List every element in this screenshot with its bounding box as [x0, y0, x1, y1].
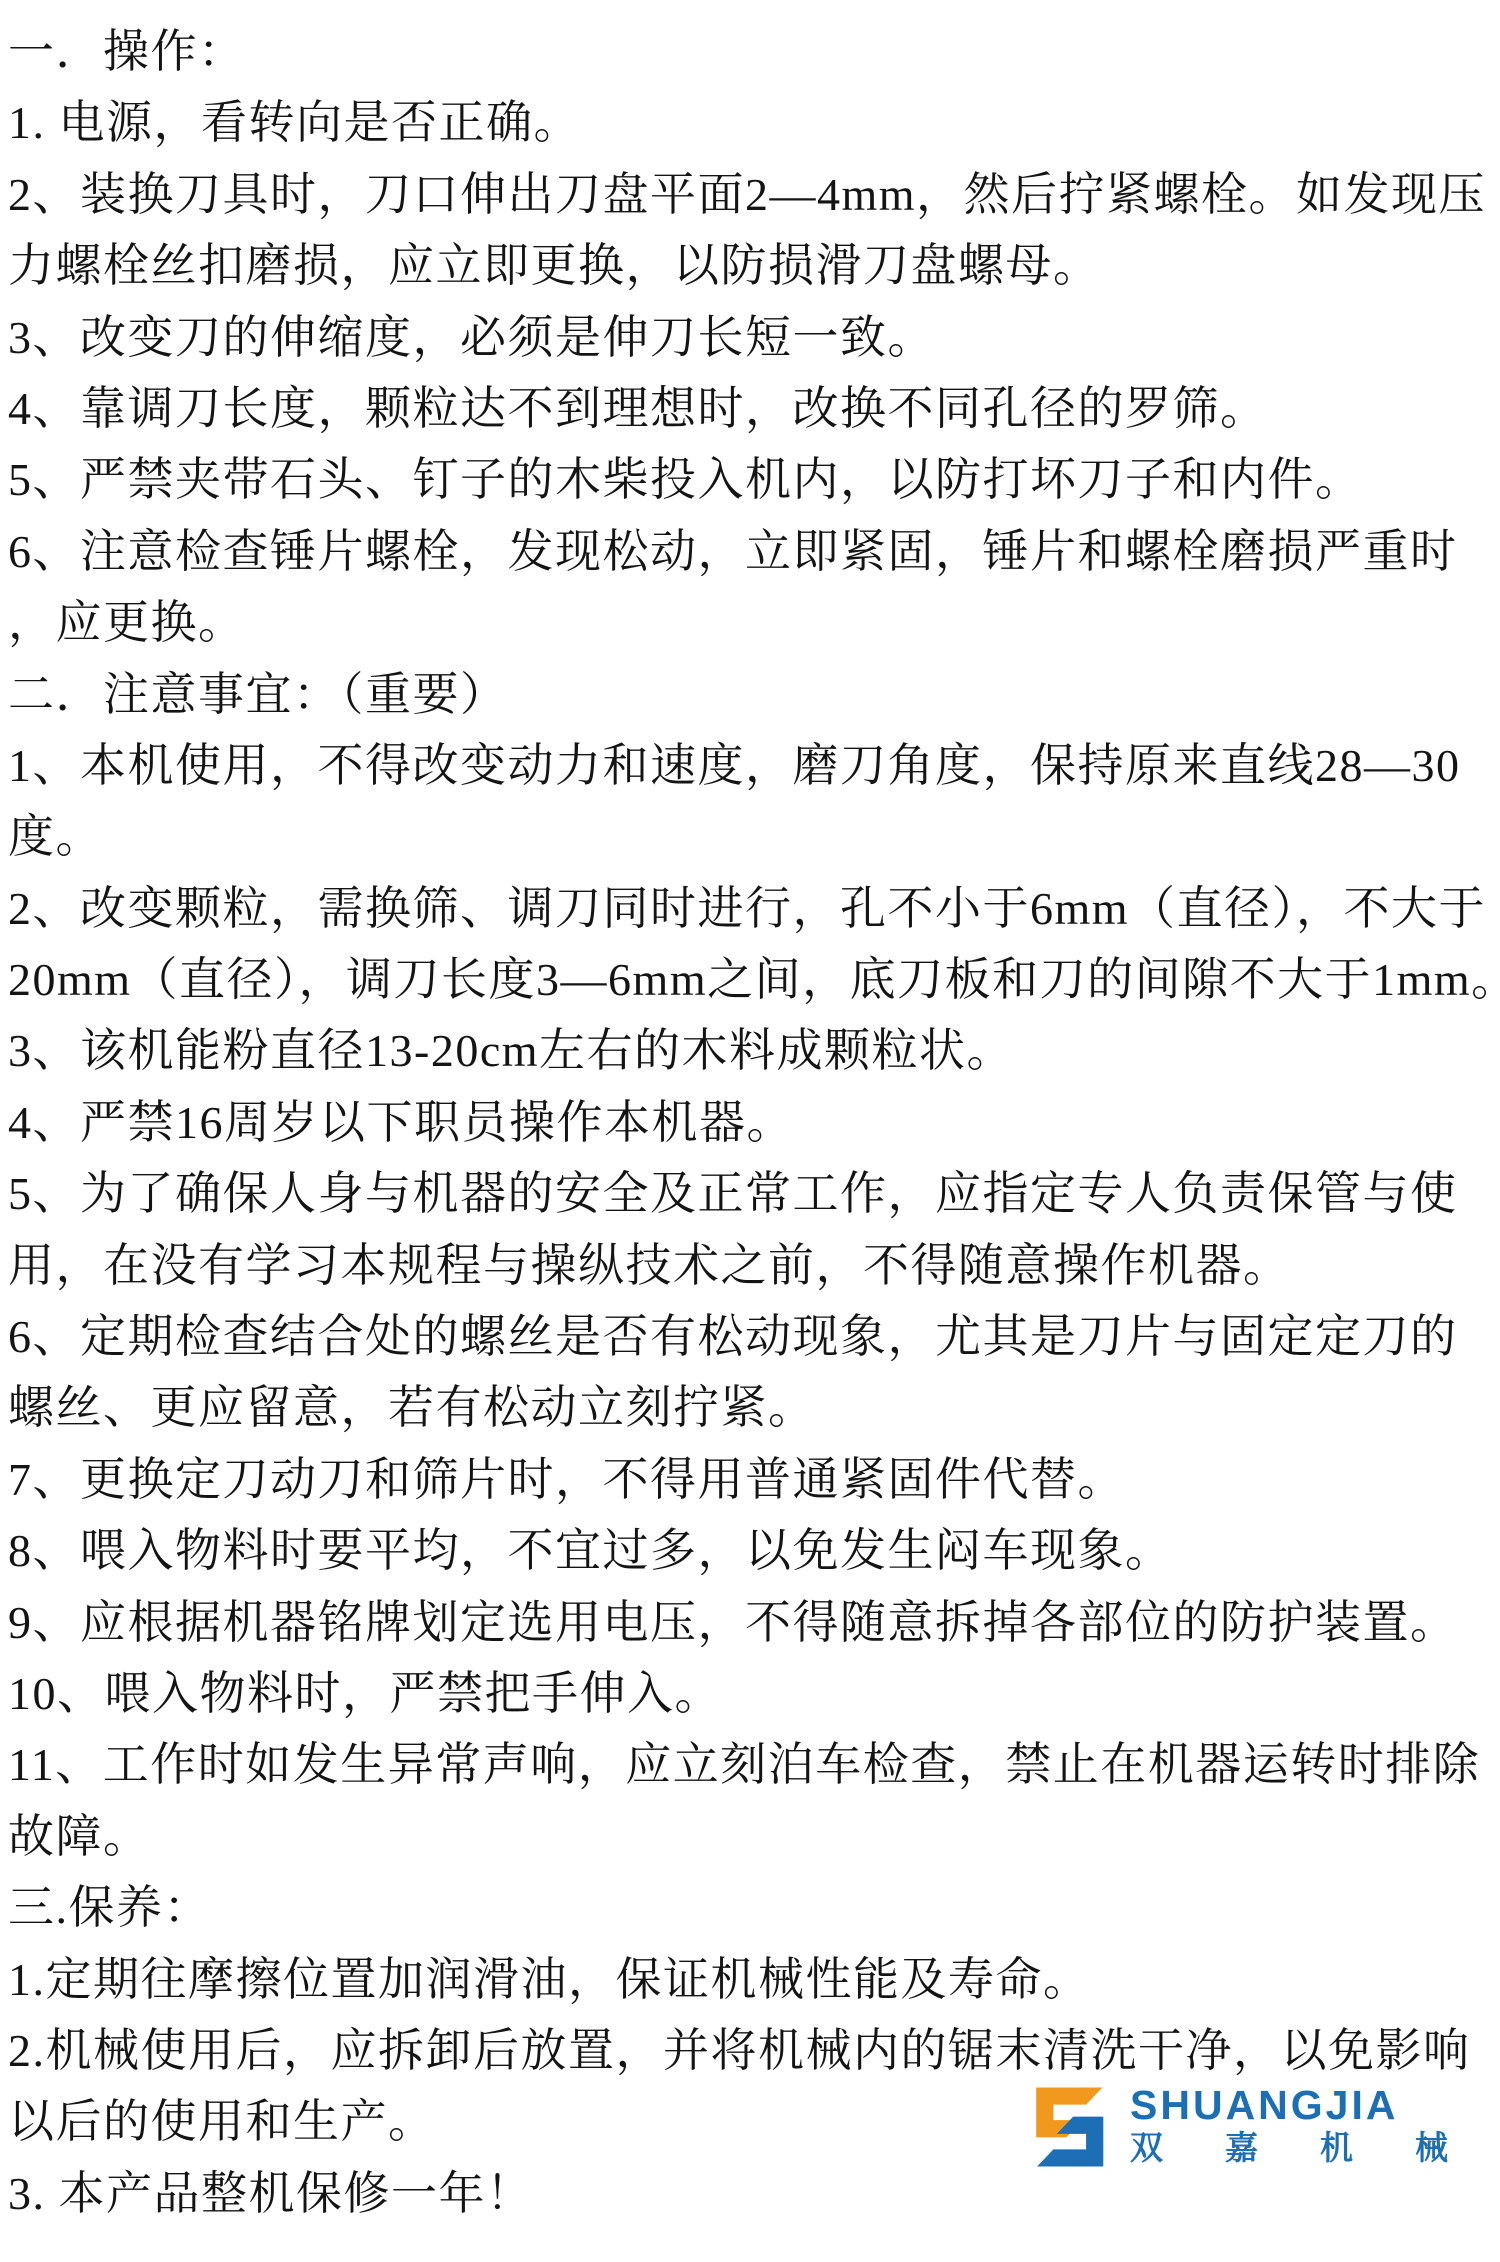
text-line: 3、改变刀的伸缩度，必须是伸刀长短一致。: [8, 302, 1496, 373]
text-line: 故障。: [8, 1801, 1496, 1872]
text-line: 螺丝、更应留意，若有松动立刻拧紧。: [8, 1372, 1496, 1443]
shuangjia-logo: SHUANGJIA 双嘉机械: [1018, 2084, 1496, 2176]
text-line: 3、该机能粉直径13-20cm左右的木料成颗粒状。: [8, 1015, 1496, 1086]
text-line: 一．操作：: [8, 16, 1496, 87]
text-line: 二．注意事宜：（重要）: [8, 659, 1496, 730]
text-line: 5、为了确保人身与机器的安全及正常工作，应指定专人负责保管与使: [8, 1158, 1496, 1229]
text-line: ，应更换。: [8, 587, 1496, 658]
text-line: 9、应根据机器铭牌划定选用电压，不得随意拆掉各部位的防护装置。: [8, 1587, 1496, 1658]
logo-latin-text: SHUANGJIA: [1130, 2084, 1480, 2126]
text-line: 4、严禁16周岁以下职员操作本机器。: [8, 1087, 1496, 1158]
text-line: 1.定期往摩擦位置加润滑油，保证机械性能及寿命。: [8, 1944, 1496, 2015]
document-text: 一．操作：1. 电源，看转向是否正确。2、装换刀具时，刀口伸出刀盘平面2—4mm…: [8, 16, 1496, 2229]
text-line: 7、更换定刀动刀和筛片时，不得用普通紧固件代替。: [8, 1444, 1496, 1515]
text-line: 4、靠调刀长度，颗粒达不到理想时，改换不同孔径的罗筛。: [8, 373, 1496, 444]
text-line: 用，在没有学习本规程与操纵技术之前，不得随意操作机器。: [8, 1230, 1496, 1301]
text-line: 三.保养：: [8, 1872, 1496, 1943]
text-line: 1、本机使用，不得改变动力和速度，磨刀角度，保持原来直线28—30: [8, 730, 1496, 801]
shuangjia-s-monogram-icon: [1018, 2084, 1106, 2170]
text-line: 1. 电源，看转向是否正确。: [8, 87, 1496, 158]
logo-chinese-text: 双嘉机械: [1130, 2128, 1480, 2168]
text-line: 20mm（直径），调刀长度3—6mm之间，底刀板和刀的间隙不大于1mm。: [8, 944, 1496, 1015]
document-page: 一．操作：1. 电源，看转向是否正确。2、装换刀具时，刀口伸出刀盘平面2—4mm…: [0, 0, 1500, 2262]
text-line: 8、喂入物料时要平均，不宜过多，以免发生闷车现象。: [8, 1515, 1496, 1586]
text-line: 6、定期检查结合处的螺丝是否有松动现象，尤其是刀片与固定定刀的: [8, 1301, 1496, 1372]
text-line: 力螺栓丝扣磨损，应立即更换，以防损滑刀盘螺母。: [8, 230, 1496, 301]
logo-text-block: SHUANGJIA 双嘉机械: [1130, 2084, 1480, 2168]
text-line: 6、注意检查锤片螺栓，发现松动，立即紧固，锤片和螺栓磨损严重时: [8, 516, 1496, 587]
text-line: 11、工作时如发生异常声响，应立刻泊车检查，禁止在机器运转时排除: [8, 1729, 1496, 1800]
text-line: 5、严禁夹带石头、钉子的木柴投入机内，以防打坏刀子和内件。: [8, 444, 1496, 515]
text-line: 2.机械使用后，应拆卸后放置，并将机械内的锯末清洗干净，以免影响: [8, 2015, 1496, 2086]
text-line: 2、装换刀具时，刀口伸出刀盘平面2—4mm，然后拧紧螺栓。如发现压: [8, 159, 1496, 230]
text-line: 度。: [8, 801, 1496, 872]
text-line: 2、改变颗粒，需换筛、调刀同时进行，孔不小于6mm（直径），不大于: [8, 873, 1496, 944]
text-line: 10、喂入物料时，严禁把手伸入。: [8, 1658, 1496, 1729]
